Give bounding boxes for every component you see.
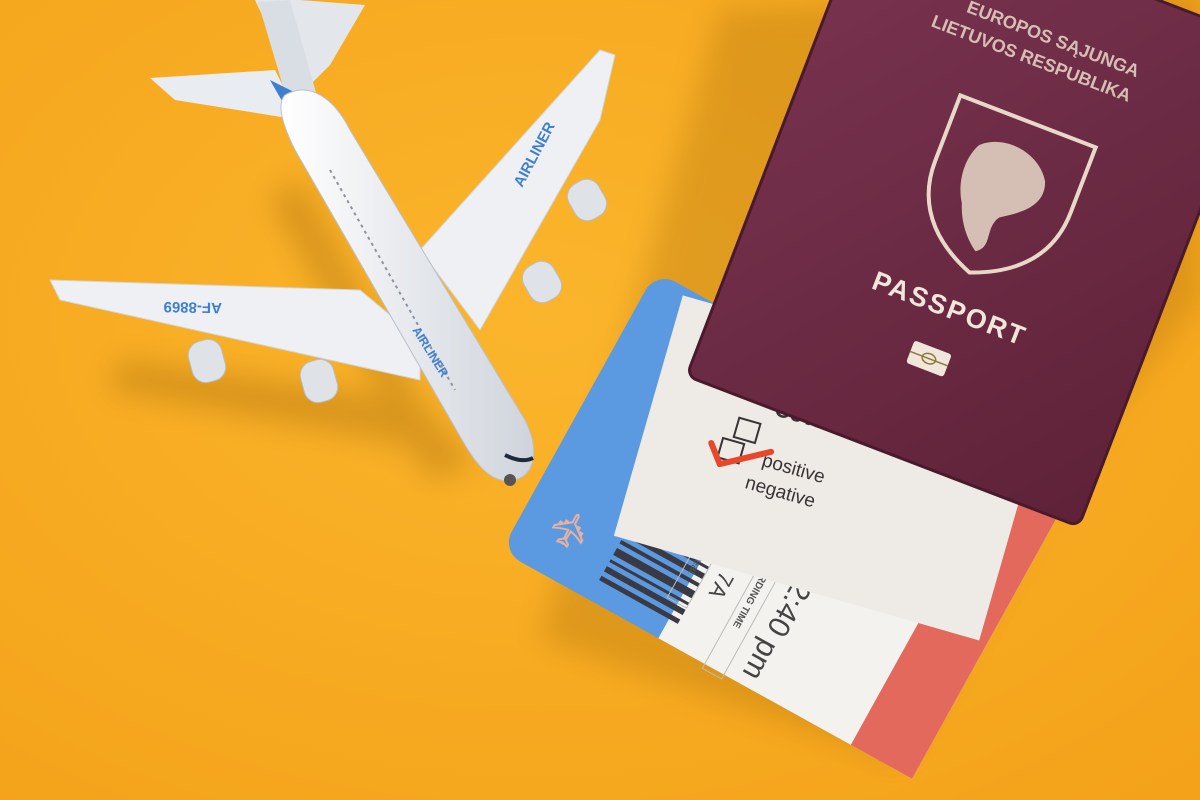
nose-gear	[504, 474, 516, 486]
photo-scene: AIRLINER AF-8869 AIRLINER	[0, 0, 1200, 800]
wing-registration-text: AF-8869	[163, 298, 222, 316]
